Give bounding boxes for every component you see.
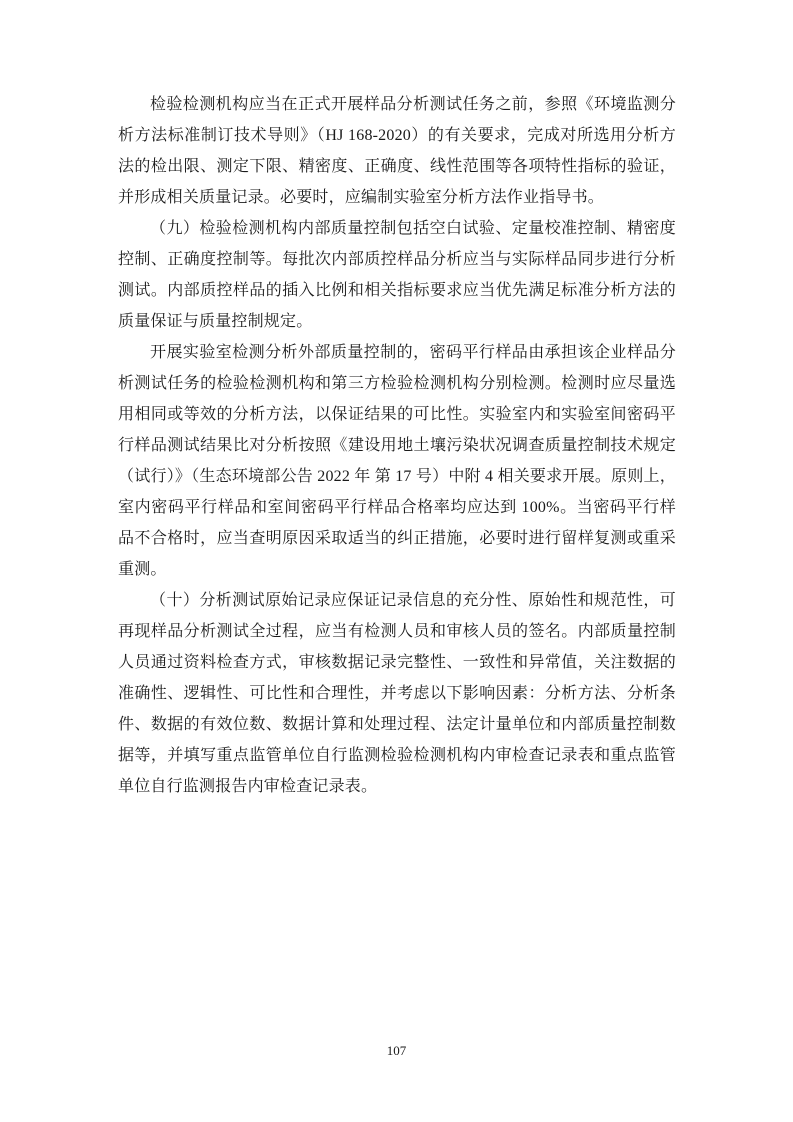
paragraph-internal-quality-control: （九）检验检测机构内部质量控制包括空白试验、定量校准控制、精密度控制、正确度控制…: [118, 213, 676, 337]
document-body: 检验检测机构应当在正式开展样品分析测试任务之前，参照《环境监测分析方法标准制订技…: [118, 89, 676, 802]
document-page: 检验检测机构应当在正式开展样品分析测试任务之前，参照《环境监测分析方法标准制订技…: [0, 0, 793, 1122]
paragraph-external-quality-control: 开展实验室检测分析外部质量控制的，密码平行样品由承担该企业样品分析测试任务的检验…: [118, 337, 676, 585]
page-number: 107: [0, 1043, 793, 1059]
paragraph-original-records: （十）分析测试原始记录应保证记录信息的充分性、原始性和规范性，可再现样品分析测试…: [118, 585, 676, 802]
paragraph-method-validation: 检验检测机构应当在正式开展样品分析测试任务之前，参照《环境监测分析方法标准制订技…: [118, 89, 676, 213]
